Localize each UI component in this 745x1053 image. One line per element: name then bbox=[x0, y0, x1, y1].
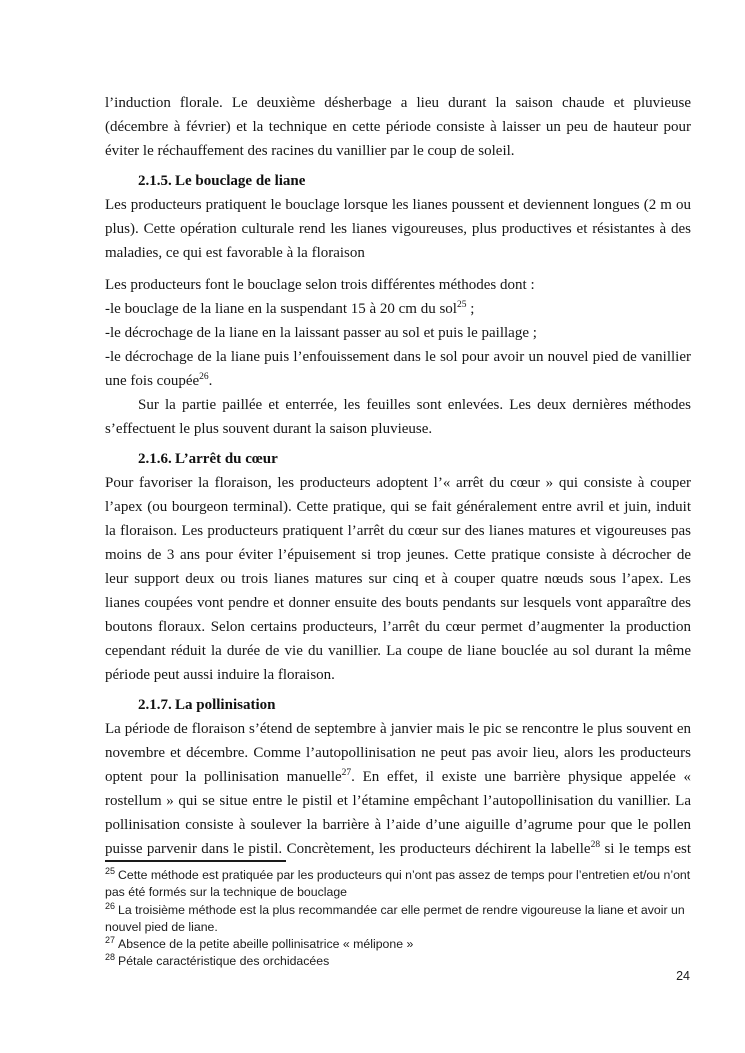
footnote-28: 28Pétale caractéristique des orchidacées bbox=[105, 953, 691, 970]
paragraph-arret-du-coeur: Pour favoriser la floraison, les product… bbox=[105, 471, 691, 687]
heading-number: 2.1.7. bbox=[138, 693, 175, 717]
heading-title: Le bouclage de liane bbox=[175, 173, 305, 189]
footnotes: 25Cette méthode est pratiquée par les pr… bbox=[105, 867, 691, 971]
page-number: 24 bbox=[676, 969, 690, 983]
page-body: l’induction florale. Le deuxième désherb… bbox=[105, 91, 691, 861]
footnote-ref: 26 bbox=[199, 372, 209, 382]
footnote-text: Cette méthode est pratiquée par les prod… bbox=[105, 868, 690, 899]
footnote-25: 25Cette méthode est pratiquée par les pr… bbox=[105, 867, 691, 902]
footnote-text: La troisième méthode est la plus recomma… bbox=[105, 903, 685, 934]
footnote-marker: 28 bbox=[105, 952, 115, 962]
footnote-ref: 27 bbox=[342, 768, 352, 778]
footnote-ref: 25 bbox=[457, 300, 467, 310]
paragraph-partie-paillee: Sur la partie paillée et enterrée, les f… bbox=[105, 393, 691, 441]
section-heading-2-1-6: 2.1.6.L’arrêt du cœur bbox=[105, 447, 691, 471]
heading-number: 2.1.6. bbox=[138, 447, 175, 471]
section-heading-2-1-5: 2.1.5.Le bouclage de liane bbox=[105, 169, 691, 193]
heading-title: La pollinisation bbox=[175, 697, 275, 713]
footnote-ref: 28 bbox=[591, 840, 601, 850]
heading-number: 2.1.5. bbox=[138, 169, 175, 193]
paragraph-pollinisation: La période de floraison s’étend de septe… bbox=[105, 717, 691, 861]
footnote-marker: 25 bbox=[105, 866, 115, 876]
paragraph-induction-florale: l’induction florale. Le deuxième désherb… bbox=[105, 91, 691, 163]
footnote-text: Pétale caractéristique des orchidacées bbox=[118, 954, 329, 968]
footnote-26: 26La troisième méthode est la plus recom… bbox=[105, 902, 691, 937]
section-heading-2-1-7: 2.1.7.La pollinisation bbox=[105, 693, 691, 717]
footnote-text: Absence de la petite abeille pollinisatr… bbox=[118, 937, 413, 951]
list-item-methode-3: -le décrochage de la liane puis l’enfoui… bbox=[105, 345, 691, 393]
heading-title: L’arrêt du cœur bbox=[175, 451, 278, 467]
paragraph-bouclage-intro: Les producteurs pratiquent le bouclage l… bbox=[105, 193, 691, 265]
document-page: l’induction florale. Le deuxième désherb… bbox=[0, 0, 745, 1053]
footnote-marker: 27 bbox=[105, 935, 115, 945]
footnote-marker: 26 bbox=[105, 901, 115, 911]
footnote-27: 27Absence de la petite abeille pollinisa… bbox=[105, 936, 691, 953]
footnote-separator bbox=[105, 860, 286, 862]
list-item-methode-2: -le décrochage de la liane en la laissan… bbox=[105, 321, 691, 345]
paragraph-trois-methodes: Les producteurs font le bouclage selon t… bbox=[105, 273, 691, 297]
list-item-methode-1: -le bouclage de la liane en la suspendan… bbox=[105, 297, 691, 321]
